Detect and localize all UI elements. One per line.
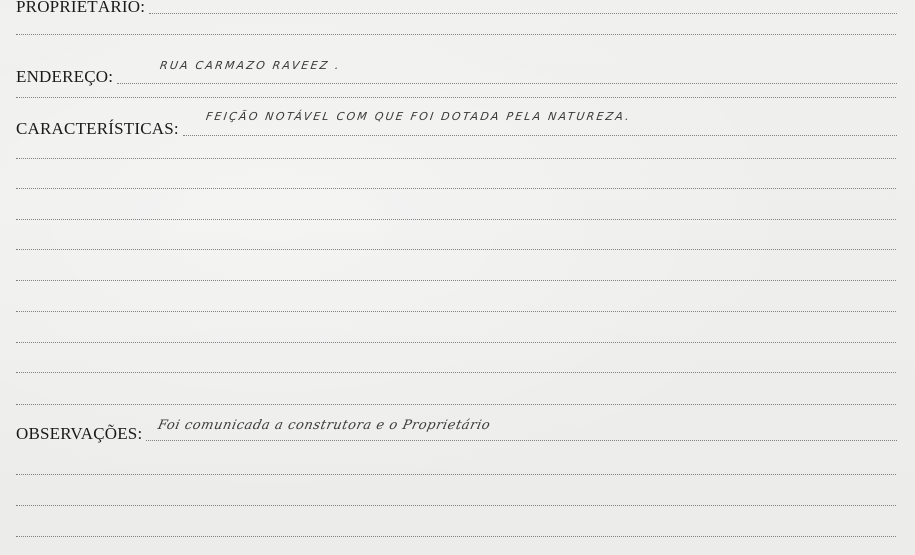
blank-line xyxy=(16,536,896,537)
blank-line xyxy=(16,474,896,475)
caracteristicas-value-line[interactable] xyxy=(183,135,897,136)
blank-line xyxy=(16,342,896,343)
endereco-value-line[interactable] xyxy=(117,83,897,84)
scanned-form-page: PROPRIETÁRIO: ENDEREÇO: RUA CARMAZO RAVE… xyxy=(0,0,915,555)
blank-line xyxy=(16,219,896,220)
label-caracteristicas: CARACTERÍSTICAS: xyxy=(16,120,179,138)
field-proprietario: PROPRIETÁRIO: xyxy=(16,0,897,16)
field-endereco: ENDEREÇO: xyxy=(16,64,897,86)
blank-line xyxy=(16,311,896,312)
blank-line xyxy=(16,158,896,159)
blank-line xyxy=(16,505,896,506)
blank-line xyxy=(16,34,896,35)
endereco-value: RUA CARMAZO RAVEEZ . xyxy=(159,60,341,71)
caracteristicas-value: FEIÇÃO NOTÁVEL COM QUE FOI DOTADA PELA N… xyxy=(205,111,632,122)
proprietario-value-line[interactable] xyxy=(149,13,897,14)
blank-line xyxy=(16,372,896,373)
blank-line xyxy=(16,404,896,405)
blank-line xyxy=(16,249,896,250)
blank-line xyxy=(16,188,896,189)
blank-line xyxy=(16,280,896,281)
label-observacoes: OBSERVAÇÕES: xyxy=(16,425,142,443)
label-endereco: ENDEREÇO: xyxy=(16,68,113,86)
observacoes-value-line[interactable] xyxy=(146,440,897,441)
label-proprietario: PROPRIETÁRIO: xyxy=(16,0,145,16)
blank-line xyxy=(16,97,896,98)
observacoes-value: Foi comunicada a construtora e o Proprie… xyxy=(157,419,492,432)
